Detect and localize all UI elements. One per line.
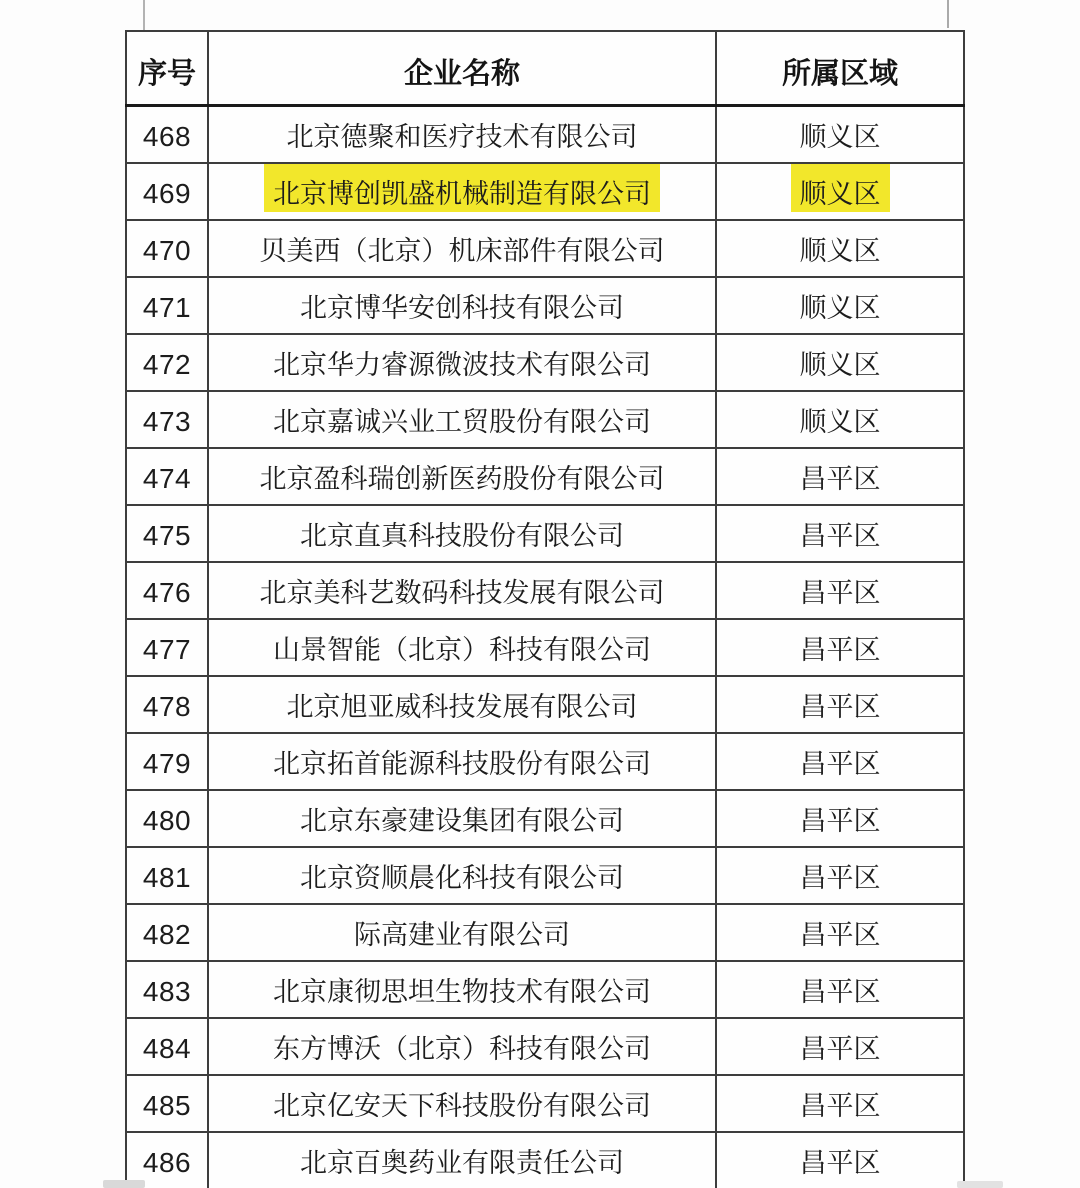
table-row: 468 北京德聚和医疗技术有限公司 顺义区 (126, 106, 964, 163)
row-seq: 484 (126, 1018, 208, 1075)
table-row: 477 山景智能（北京）科技有限公司 昌平区 (126, 619, 964, 676)
district-name: 昌平区 (800, 863, 881, 893)
row-seq: 468 (126, 106, 208, 163)
table-row: 476 北京美科艺数码科技发展有限公司 昌平区 (126, 562, 964, 619)
company-name: 际高建业有限公司 (354, 920, 570, 950)
table-row: 485 北京亿安天下科技股份有限公司 昌平区 (126, 1075, 964, 1132)
company-name: 北京拓首能源科技股份有限公司 (273, 749, 651, 779)
company-name: 北京博华安创科技有限公司 (300, 293, 624, 323)
company-name: 北京康彻思坦生物技术有限公司 (273, 977, 651, 1007)
row-seq: 472 (126, 334, 208, 391)
table-body: 468 北京德聚和医疗技术有限公司 顺义区 469 北京博创凯盛机械制造有限公司… (126, 106, 964, 1188)
company-name: 山景智能（北京）科技有限公司 (273, 635, 651, 665)
table-row: 469 北京博创凯盛机械制造有限公司 顺义区 (126, 163, 964, 220)
table-row: 479 北京拓首能源科技股份有限公司 昌平区 (126, 733, 964, 790)
header-seq: 序号 (126, 31, 208, 106)
row-seq: 485 (126, 1075, 208, 1132)
row-seq: 471 (126, 277, 208, 334)
photo-smudge-bottom-right (957, 1181, 1003, 1188)
table-row: 474 北京盈科瑞创新医药股份有限公司 昌平区 (126, 448, 964, 505)
company-name: 北京亿安天下科技股份有限公司 (273, 1091, 651, 1121)
company-name: 北京博创凯盛机械制造有限公司 (264, 164, 660, 212)
district-name: 昌平区 (800, 635, 881, 665)
table-row: 482 际高建业有限公司 昌平区 (126, 904, 964, 961)
row-seq: 478 (126, 676, 208, 733)
district-name: 昌平区 (800, 749, 881, 779)
row-seq: 480 (126, 790, 208, 847)
table-row: 475 北京直真科技股份有限公司 昌平区 (126, 505, 964, 562)
district-name: 顺义区 (800, 293, 881, 323)
row-seq: 469 (126, 163, 208, 220)
district-name: 昌平区 (800, 1091, 881, 1121)
company-name: 北京东豪建设集团有限公司 (300, 806, 624, 836)
table-row: 486 北京百奥药业有限责任公司 昌平区 (126, 1132, 964, 1188)
table-row: 472 北京华力睿源微波技术有限公司 顺义区 (126, 334, 964, 391)
district-name: 昌平区 (800, 692, 881, 722)
district-name: 顺义区 (800, 122, 881, 152)
company-table: 序号 企业名称 所属区域 468 北京德聚和医疗技术有限公司 顺义区 469 北… (125, 30, 965, 1188)
table-row: 470 贝美西（北京）机床部件有限公司 顺义区 (126, 220, 964, 277)
row-seq: 479 (126, 733, 208, 790)
district-name: 昌平区 (800, 464, 881, 494)
header-company-name: 企业名称 (208, 31, 716, 106)
company-name: 北京德聚和医疗技术有限公司 (287, 122, 638, 152)
row-seq: 474 (126, 448, 208, 505)
photo-smudge-bottom-left (103, 1180, 145, 1188)
row-seq: 470 (126, 220, 208, 277)
company-name: 北京华力睿源微波技术有限公司 (273, 350, 651, 380)
table-row: 483 北京康彻思坦生物技术有限公司 昌平区 (126, 961, 964, 1018)
district-name: 昌平区 (800, 806, 881, 836)
district-name: 昌平区 (800, 1034, 881, 1064)
document-page: 序号 企业名称 所属区域 468 北京德聚和医疗技术有限公司 顺义区 469 北… (0, 0, 1080, 1188)
company-name: 东方博沃（北京）科技有限公司 (273, 1034, 651, 1064)
district-name: 昌平区 (800, 977, 881, 1007)
table-row: 484 东方博沃（北京）科技有限公司 昌平区 (126, 1018, 964, 1075)
row-seq: 476 (126, 562, 208, 619)
table-header-row: 序号 企业名称 所属区域 (126, 31, 964, 106)
company-name: 北京直真科技股份有限公司 (300, 521, 624, 551)
photo-edge-mark-top-left (143, 0, 145, 31)
row-seq: 483 (126, 961, 208, 1018)
company-name: 北京旭亚威科技发展有限公司 (287, 692, 638, 722)
table-row: 481 北京资顺晨化科技有限公司 昌平区 (126, 847, 964, 904)
row-seq: 477 (126, 619, 208, 676)
table-row: 478 北京旭亚威科技发展有限公司 昌平区 (126, 676, 964, 733)
table-row: 473 北京嘉诚兴业工贸股份有限公司 顺义区 (126, 391, 964, 448)
district-name: 昌平区 (800, 521, 881, 551)
table-row: 480 北京东豪建设集团有限公司 昌平区 (126, 790, 964, 847)
table-header: 序号 企业名称 所属区域 (126, 31, 964, 106)
company-name: 贝美西（北京）机床部件有限公司 (260, 236, 665, 266)
company-name: 北京嘉诚兴业工贸股份有限公司 (273, 407, 651, 437)
row-seq: 473 (126, 391, 208, 448)
district-name: 顺义区 (800, 236, 881, 266)
district-name: 昌平区 (800, 578, 881, 608)
district-name: 顺义区 (800, 350, 881, 380)
district-name: 昌平区 (800, 1148, 881, 1178)
company-name: 北京美科艺数码科技发展有限公司 (260, 578, 665, 608)
district-name: 顺义区 (800, 407, 881, 437)
row-seq: 475 (126, 505, 208, 562)
header-district: 所属区域 (716, 31, 964, 106)
company-name: 北京盈科瑞创新医药股份有限公司 (260, 464, 665, 494)
row-seq: 482 (126, 904, 208, 961)
company-name: 北京百奥药业有限责任公司 (300, 1148, 624, 1178)
row-seq: 481 (126, 847, 208, 904)
photo-edge-mark-top-right (947, 0, 949, 28)
district-name: 昌平区 (800, 920, 881, 950)
district-name: 顺义区 (791, 164, 890, 212)
company-name: 北京资顺晨化科技有限公司 (300, 863, 624, 893)
table-row: 471 北京博华安创科技有限公司 顺义区 (126, 277, 964, 334)
